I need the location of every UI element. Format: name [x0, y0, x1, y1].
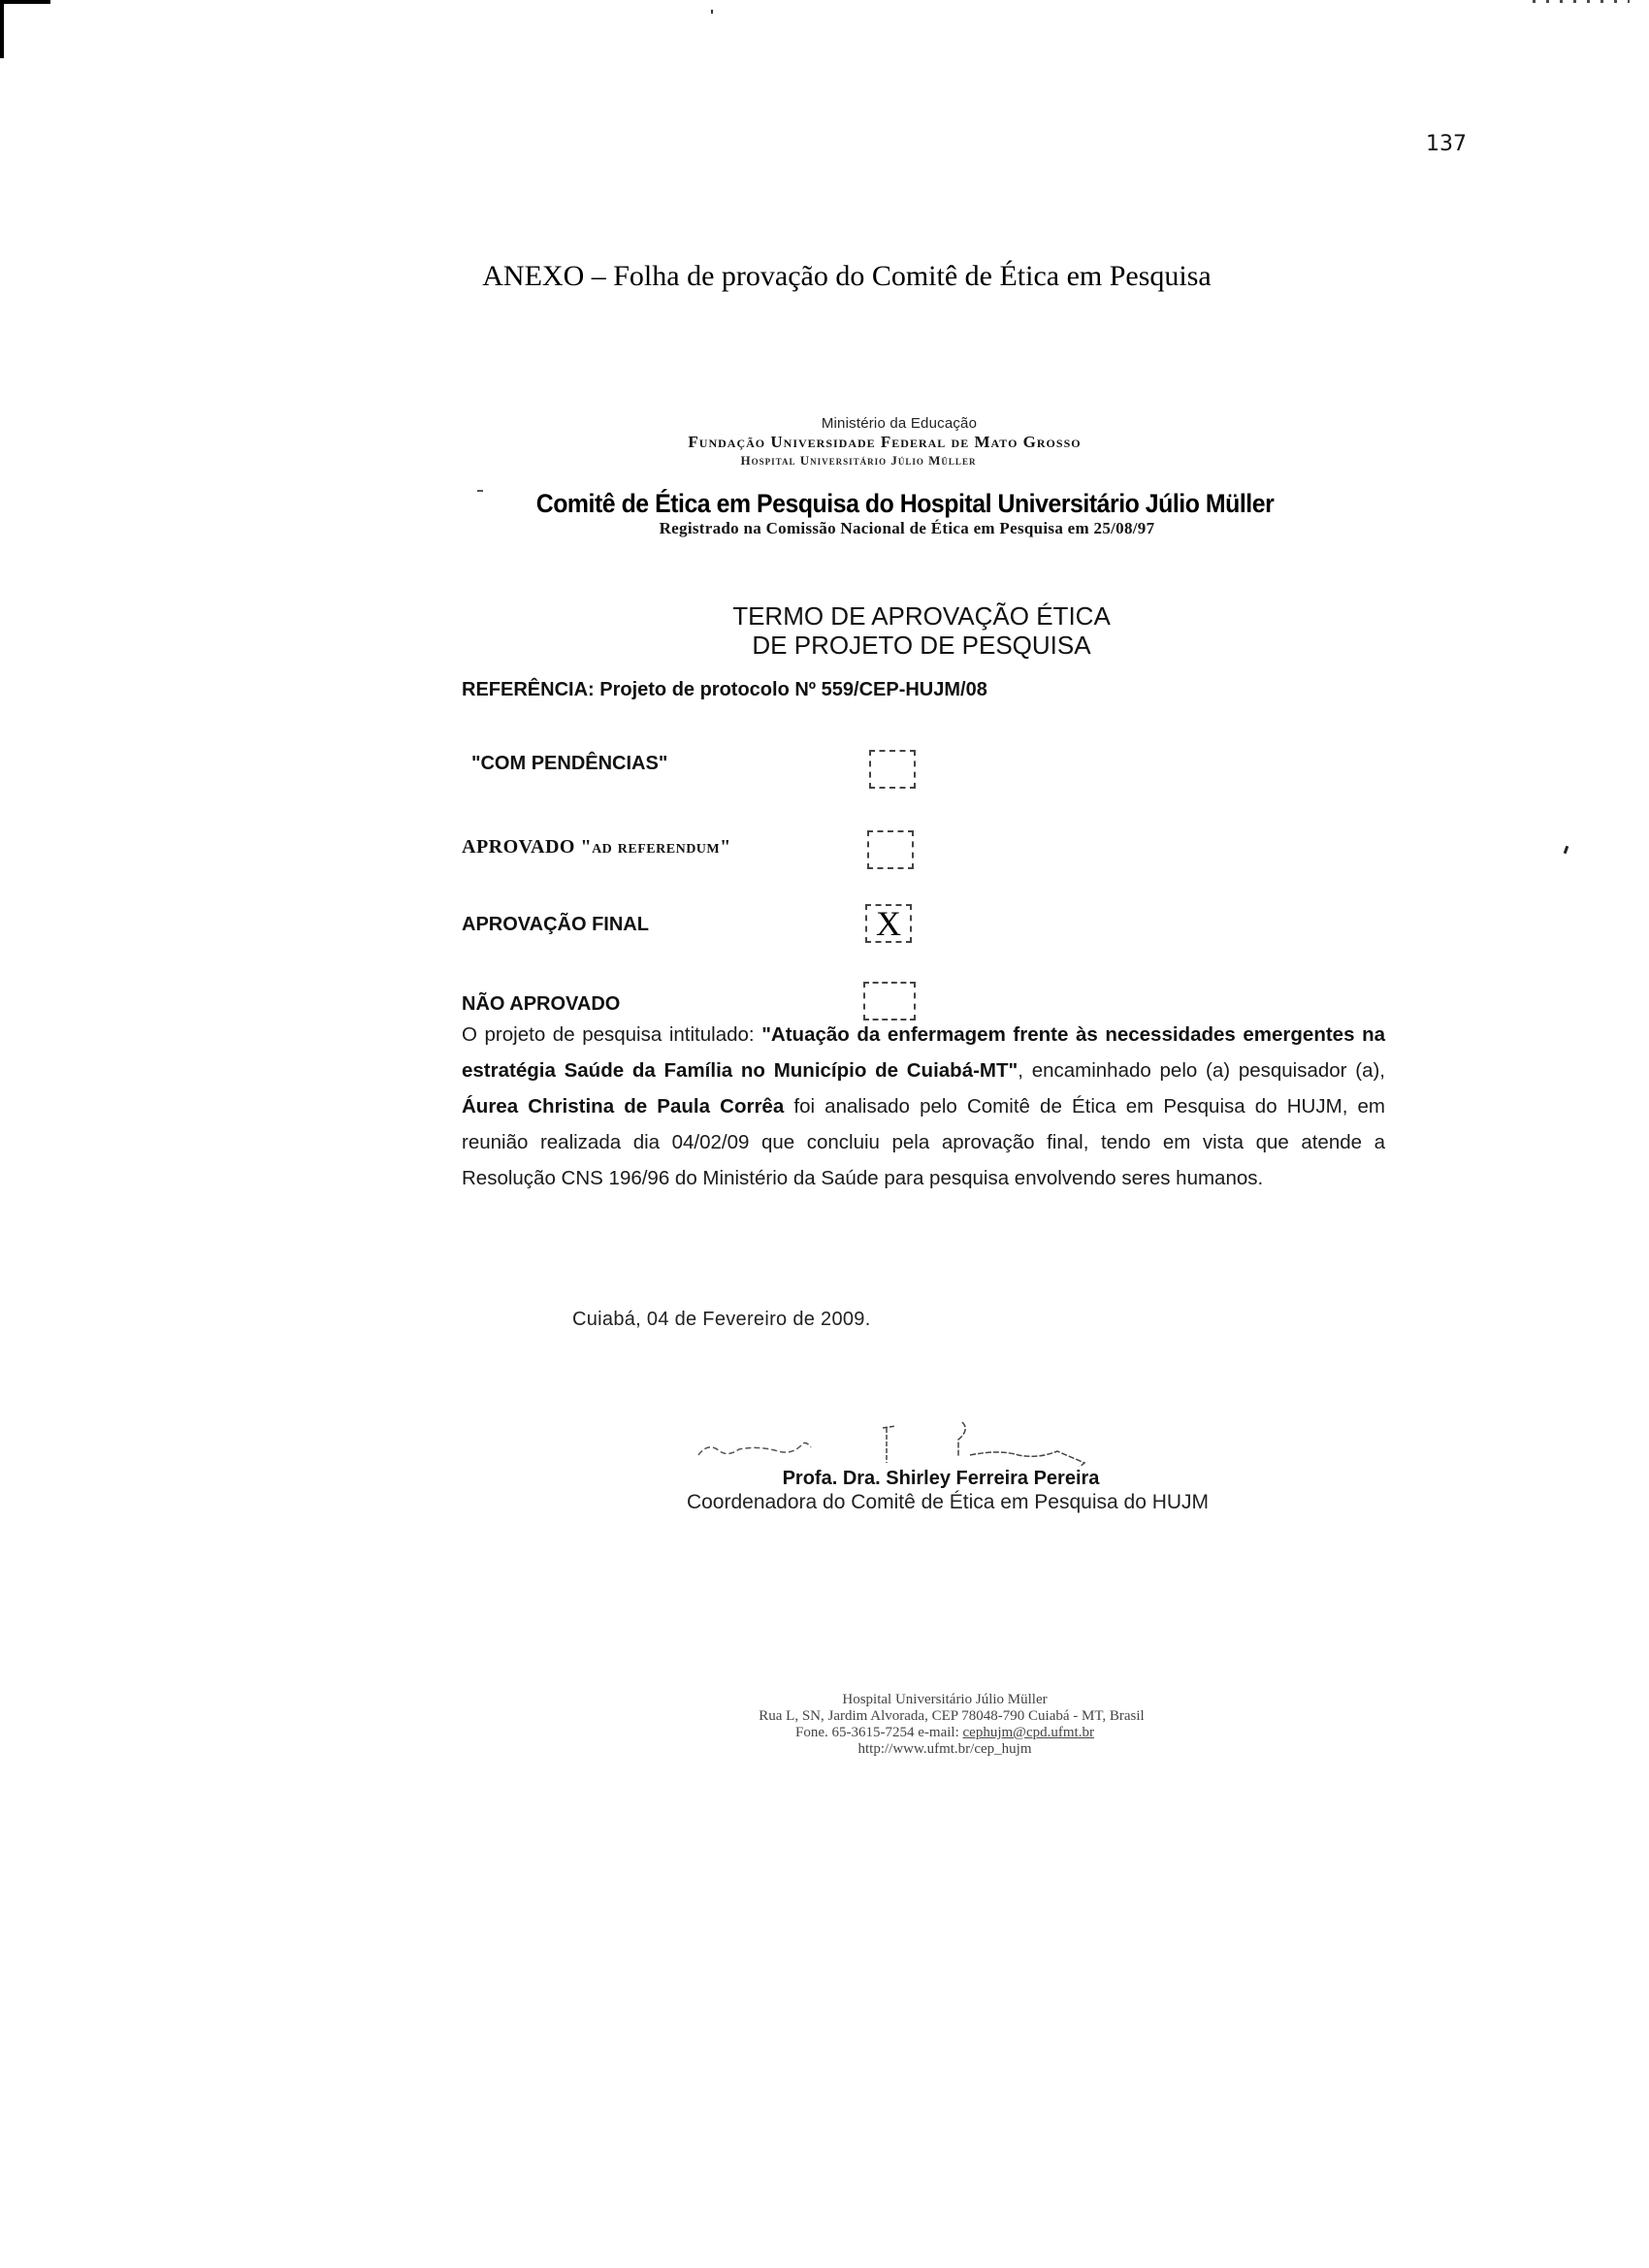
option-ad-referendum: APROVADO "ad referendum"	[462, 811, 947, 877]
term-title-line2: DE PROJETO DE PESQUISA	[194, 631, 1649, 660]
footer-email-link[interactable]: cephujm@cpd.ufmt.br	[963, 1725, 1094, 1740]
signatory-block: Profa. Dra. Shirley Ferreira Pereira Coo…	[0, 1467, 1649, 1515]
term-title-line1: TERMO DE APROVAÇÃO ÉTICA	[194, 601, 1649, 631]
scan-border-artifact	[0, 0, 50, 4]
approval-options: "COM PENDÊNCIAS" APROVADO "ad referendum…	[462, 745, 947, 1009]
approval-statement: O projeto de pesquisa intitulado: "Atuaç…	[462, 1017, 1385, 1196]
scan-noise-artifact	[1564, 846, 1569, 855]
option-aprovacao-final: APROVAÇÃO FINAL X	[462, 877, 947, 943]
handwritten-signature	[679, 1418, 1125, 1467]
footer-contact: Fone. 65-3615-7254 e-mail: cephujm@cpd.u…	[241, 1725, 1649, 1741]
scan-noise-artifact	[1533, 0, 1630, 3]
researcher-name: Áurea Christina de Paula Corrêa	[462, 1095, 784, 1118]
annex-title: ANEXO – Folha de provação do Comitê de É…	[0, 260, 1649, 293]
scan-noise-artifact	[711, 10, 713, 14]
option-nao-aprovado: NÃO APROVADO	[462, 943, 947, 1009]
statement-intro: O projeto de pesquisa intitulado:	[462, 1023, 761, 1046]
letterhead-ministry: Ministério da Educação	[149, 415, 1649, 433]
footer-institution: Hospital Universitário Júlio Müller	[241, 1692, 1649, 1708]
footer-phone: Fone. 65-3615-7254 e-mail:	[795, 1725, 962, 1740]
option-label: NÃO APROVADO	[462, 993, 620, 1016]
letterhead: Ministério da Educação Fundação Universi…	[0, 415, 1649, 539]
letterhead-hospital: Hospital Universitário Júlio Müller	[68, 452, 1649, 470]
scan-border-artifact	[0, 0, 4, 58]
checkbox	[869, 750, 916, 789]
letterhead-foundation: Fundação Universidade Federal de Mato Gr…	[120, 433, 1649, 452]
reference-label: REFERÊNCIA:	[462, 679, 595, 700]
option-label: APROVAÇÃO FINAL	[462, 914, 649, 936]
letterhead-committee: Comitê de Ética em Pesquisa do Hospital …	[220, 489, 1589, 518]
reference-value: Projeto de protocolo Nº 559/CEP-HUJM/08	[599, 679, 987, 700]
footer-website-link[interactable]: http://www.ufmt.br/cep_hujm	[241, 1741, 1649, 1758]
page-number: 137	[1426, 132, 1467, 156]
option-label: APROVADO "ad referendum"	[462, 836, 731, 859]
letter-footer: Hospital Universitário Júlio Müller Rua …	[0, 1692, 1649, 1758]
place-date: Cuiabá, 04 de Fevereiro de 2009.	[572, 1309, 871, 1331]
checkbox-checked: X	[865, 904, 912, 943]
option-com-pendencias: "COM PENDÊNCIAS"	[462, 745, 947, 811]
checkbox	[863, 982, 916, 1021]
option-label: "COM PENDÊNCIAS"	[471, 753, 667, 775]
term-title: TERMO DE APROVAÇÃO ÉTICA DE PROJETO DE P…	[0, 601, 1649, 660]
signatory-role: Coordenadora do Comitê de Ética em Pesqu…	[246, 1490, 1649, 1515]
footer-address: Rua L, SN, Jardim Alvorada, CEP 78048-79…	[254, 1708, 1649, 1725]
statement-forwarded: , encaminhado pelo (a) pesquisador (a),	[1018, 1059, 1385, 1082]
protocol-reference: REFERÊNCIA: Projeto de protocolo Nº 559/…	[462, 679, 987, 701]
letterhead-registration: Registrado na Comissão Nacional de Ética…	[165, 518, 1649, 539]
signatory-name: Profa. Dra. Shirley Ferreira Pereira	[233, 1467, 1649, 1490]
checkbox	[867, 830, 914, 869]
